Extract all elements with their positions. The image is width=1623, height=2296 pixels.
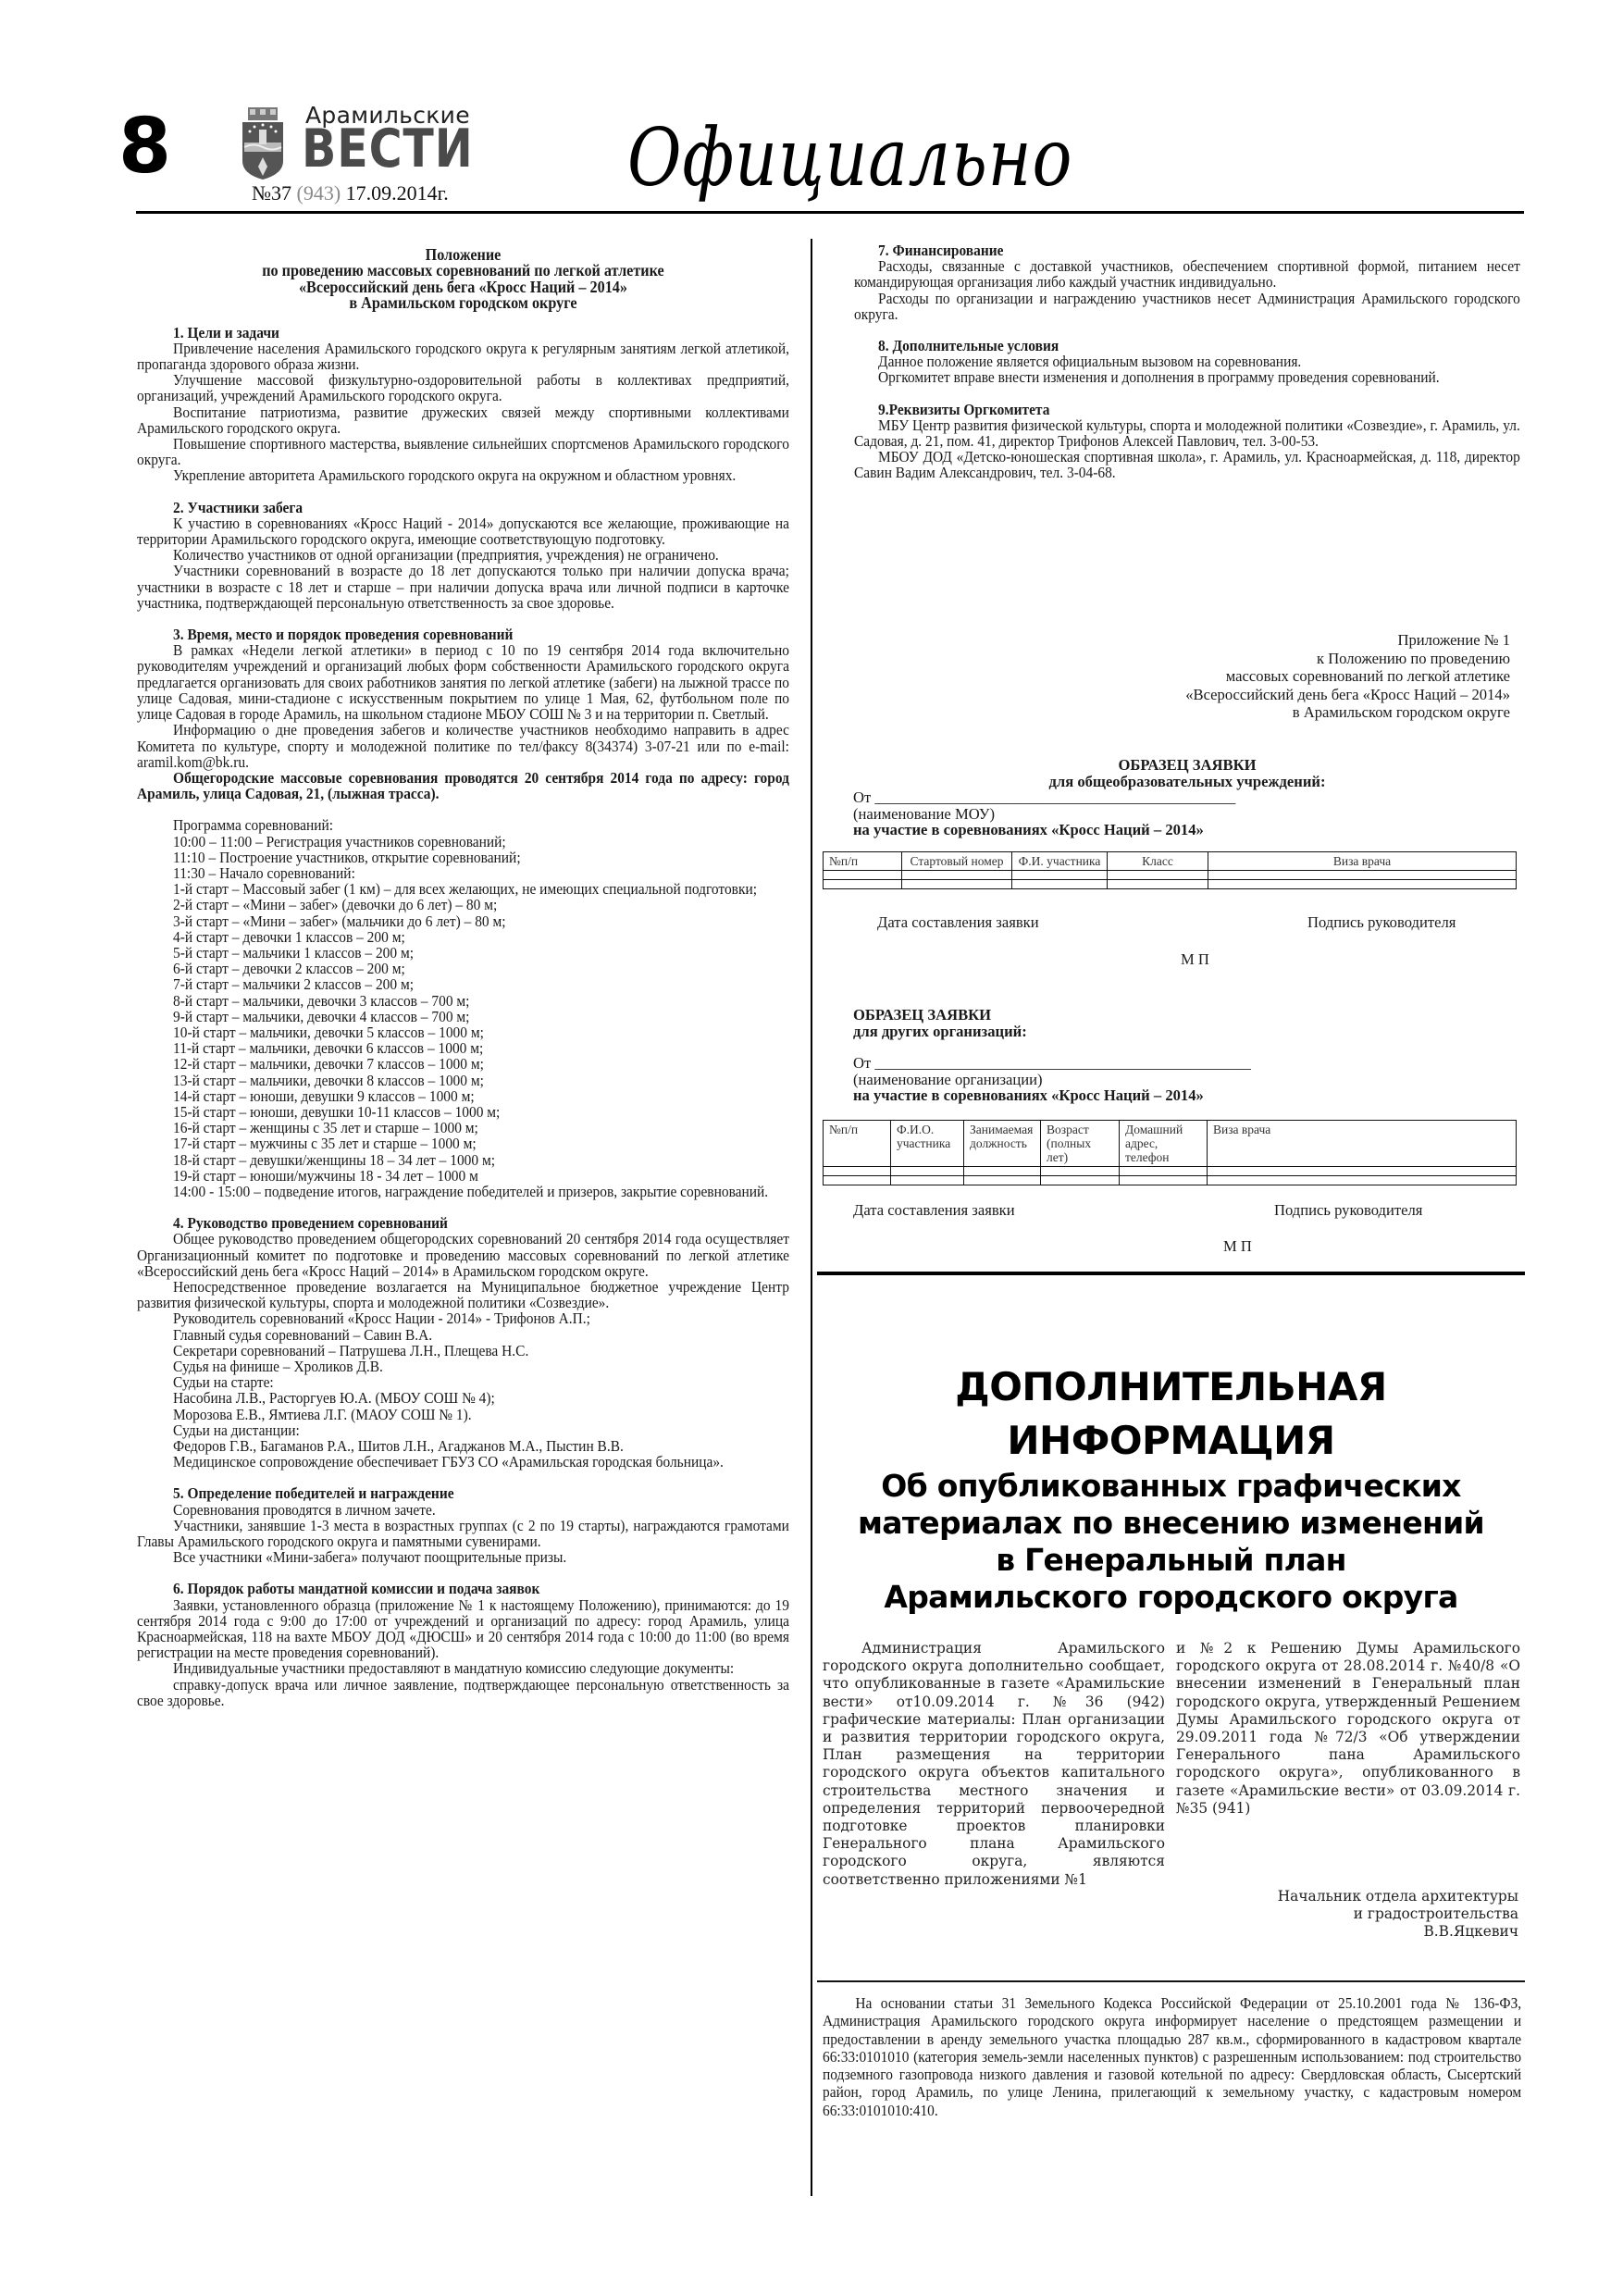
subheadline-line: в Генеральный план [817,1542,1525,1579]
issue-total-number: (943) [297,181,341,205]
application-table-schools: №п/п Стартовый номер Ф.И. участника Клас… [823,851,1517,889]
form-from-field: От _____________________________________… [853,1055,1521,1072]
application-table-organizations: №п/п Ф.И.О. участника Занимаемая должнос… [823,1120,1517,1185]
section-heading: 8. Дополнительные условия [854,338,1520,354]
paragraph: Общее руководство проведением общегородс… [137,1231,789,1279]
paragraph: Судьи на старте: [137,1374,789,1390]
paragraph: Расходы по организации и награждению уча… [854,291,1520,322]
program-item: 14-й старт – юноши, девушки 9 классов – … [137,1088,789,1104]
table-header-row: №п/п Ф.И.О. участника Занимаемая должнос… [824,1121,1517,1167]
signature-block: Начальник отдела архитектуры и градостро… [1176,1888,1518,1942]
program-item: 1-й старт – Массовый забег (1 км) – для … [137,881,789,897]
form-participation: на участие в соревнованиях «Кросс Наций … [853,822,1521,838]
section-applications: 6. Порядок работы мандатной комиссии и п… [137,1581,789,1708]
section-schedule: 3. Время, место и порядок проведения сор… [137,627,789,770]
paragraph: Привлечение населения Арамильского город… [137,341,789,372]
paragraph: Насобина Л.В., Расторгуев Ю.А. (МБОУ СОШ… [137,1390,789,1406]
paragraph: Участники соревнований в возрасте до 18 … [137,563,789,611]
program-list: 10:00 – 11:00 – Регистрация участников с… [137,834,789,1200]
program-item: 15-й старт – юноши, девушки 10-11 классо… [137,1104,789,1120]
page-number: 8 [118,109,169,185]
land-lease-notice: На основании статьи 31 Земельного Кодекс… [823,1994,1521,2119]
section-participants: 2. Участники забегаК участию в соревнова… [137,500,789,611]
program-item: 2-й старт – «Мини – забег» (девочки до 6… [137,897,789,912]
program-item: 7-й старт – мальчики 2 классов – 200 м; [137,976,789,992]
column-header: Домашний адрес, телефон [1120,1121,1208,1167]
program-item: 4-й старт – девочки 1 классов – 200 м; [137,929,789,945]
paragraph: Медицинское сопровождение обеспечивает Г… [137,1454,789,1470]
program-item: 13-й старт – мальчики, девочки 8 классов… [137,1073,789,1088]
program-item: 9-й старт – мальчики, девочки 4 классов … [137,1009,789,1024]
program-item: 18-й старт – девушки/женщины 18 – 34 лет… [137,1152,789,1168]
signature-line: и градостроительства [1176,1905,1518,1923]
program-item: 6-й старт – девочки 2 классов – 200 м; [137,961,789,976]
paragraph: Оргкомитет вправе внести изменения и доп… [854,369,1520,385]
application-form-organizations: ОБРАЗЕЦ ЗАЯВКИ для других организаций: О… [853,1007,1521,1104]
program-item: 5-й старт – мальчики 1 классов – 200 м; [137,945,789,961]
additional-info-text-col1: Администрация Арамильского городского ок… [823,1640,1165,1889]
program-item: 14:00 - 15:00 – подведение итогов, награ… [137,1184,789,1199]
program-item: 11-й старт – мальчики, девочки 6 классов… [137,1040,789,1056]
program-item: 10-й старт – мальчики, девочки 5 классов… [137,1024,789,1040]
signature-name: В.В.Яцкевич [1176,1923,1518,1941]
paragraph: Участники, занявшие 1-3 места в возрастн… [137,1518,789,1549]
section-heading: 2. Участники забега [137,500,789,515]
application-form-schools: ОБРАЗЕЦ ЗАЯВКИ для общеобразовательных у… [853,757,1521,838]
table-row [824,1167,1517,1176]
program-item: 12-й старт – мальчики, девочки 7 классов… [137,1056,789,1072]
table-header-row: №п/п Стартовый номер Ф.И. участника Клас… [824,852,1517,871]
signature-line: Начальник отдела архитектуры [1176,1888,1518,1905]
column-header: Ф.И. участника [1012,852,1108,871]
column-header: №п/п [824,852,902,871]
subheadline-line: Арамильского городского округа [817,1579,1525,1616]
main-event-notice: Общегородские массовые соревнования пров… [137,770,789,801]
appendix-line: «Всероссийский день бега «Кросс Наций – … [925,686,1510,704]
headline-line: ДОПОЛНИТЕЛЬНАЯ [817,1360,1525,1414]
paragraph: Заявки, установленного образца (приложен… [137,1597,789,1661]
paragraph: Морозова Е.В., Ямтиева Л.Г. (МАОУ СОШ № … [137,1407,789,1422]
program-item: 16-й старт – женщины с 35 лет и старше –… [137,1120,789,1136]
column-header: Возраст (полных лет) [1041,1121,1120,1167]
paragraph: Непосредственное проведение возлагается … [137,1279,789,1310]
column-header: №п/п [824,1121,891,1167]
paragraph: Информацию о дне проведения забегов и ко… [137,722,789,770]
coat-of-arms-icon [241,105,285,181]
section-heading: 4. Руководство проведением соревнований [137,1215,789,1231]
column-header: Занимаемая должность [964,1121,1041,1167]
newspaper-name-logo: ВЕСТИ [302,123,474,176]
paragraph: Секретари соревнований – Патрушева Л.Н.,… [137,1343,789,1359]
title-line: в Арамильском городском округе [137,295,789,311]
issue-number: №37 [252,181,291,205]
regulation-article-continued: 7. ФинансированиеРасходы, связанные с до… [854,242,1520,481]
paragraph: Расходы, связанные с доставкой участнико… [854,258,1520,290]
program-title: Программа соревнований: [137,817,789,833]
section-divider [817,1272,1525,1275]
section-heading: 5. Определение победителей и награждение [137,1485,789,1501]
masthead-rule [136,211,1524,214]
paragraph: Судья на финише – Хроликов Д.В. [137,1359,789,1374]
program-item: 3-й старт – «Мини – забег» (мальчики до … [137,913,789,929]
form-subtitle: для других организаций: [853,1024,1521,1040]
appendix-line: Приложение № 1 [925,631,1510,650]
additional-info-text-col2: и №2 к Решению Думы Арамильского городск… [1176,1640,1520,1818]
table-row [824,871,1517,880]
form-title: ОБРАЗЕЦ ЗАЯВКИ [853,757,1521,774]
section-awards: 5. Определение победителей и награждение… [137,1485,789,1565]
program-item: 19-й старт – юноши/мужчины 18 - 34 лет –… [137,1168,789,1184]
signature-label: Подпись руководителя [1274,1201,1422,1220]
date-label: Дата составления заявки [853,1201,1015,1220]
section-goals: 1. Цели и задачиПривлечение населения Ар… [137,325,789,484]
section-heading: 1. Цели и задачи [137,325,789,341]
section-heading: 3. Время, место и порядок проведения сор… [137,627,789,642]
paragraph: справку-допуск врача или личное заявлени… [137,1677,789,1708]
form-from-caption: (наименование организации) [853,1072,1521,1088]
form-title: ОБРАЗЕЦ ЗАЯВКИ [853,1007,1521,1024]
paragraph: Судьи на дистанции: [137,1422,789,1438]
paragraph: К участию в соревнованиях «Кросс Наций -… [137,515,789,547]
paragraph: Соревнования проводятся в личном зачете. [137,1502,789,1518]
section-committee-details: 9.Реквизиты ОргкомитетаМБУ Центр развити… [854,402,1520,481]
paragraph: Индивидуальные участники предоставляют в… [137,1660,789,1676]
date-label: Дата составления заявки [877,913,1039,932]
paragraph: Данное положение является официальным вы… [854,354,1520,369]
paragraph: На основании статьи 31 Земельного Кодекс… [823,1994,1521,2119]
paragraph: Администрация Арамильского городского ок… [823,1640,1165,1889]
program-item: 11:10 – Построение участников, открытие … [137,850,789,865]
column-divider [811,239,812,2196]
paragraph: Укрепление авторитета Арамильского город… [137,467,789,483]
section-financing: 7. ФинансированиеРасходы, связанные с до… [854,242,1520,322]
paragraph: Улучшение массовой физкультурно-оздорови… [137,372,789,403]
paragraph: Воспитание патриотизма, развитие дружеск… [137,404,789,436]
appendix-line: массовых соревнований по легкой атлетике [925,667,1510,686]
appendix-line: к Положению по проведению [925,650,1510,668]
section-title: Официально [627,118,1072,198]
subheadline-line: материалах по внесению изменений [817,1505,1525,1542]
column-header: Стартовый номер [902,852,1012,871]
paragraph: Все участники «Мини-забега» получают поо… [137,1549,789,1565]
stamp-label: М П [1223,1237,1252,1256]
program-item: 10:00 – 11:00 – Регистрация участников с… [137,834,789,850]
table-row [824,1176,1517,1185]
column-header: Виза врача [1208,852,1517,871]
paragraph: Главный судья соревнований – Савин В.А. [137,1327,789,1343]
subheadline-line: Об опубликованных графических [817,1468,1525,1505]
regulation-article: Положение по проведению массовых соревно… [137,247,789,1708]
form-from-field: От _____________________________________… [853,789,1521,806]
signature-label: Подпись руководителя [1307,913,1456,932]
notice-divider [817,1980,1525,1982]
paragraph: МБОУ ДОД «Детско-юношеская спортивная шк… [854,449,1520,480]
program-item: 11:30 – Начало соревнований: [137,865,789,881]
program-item: 8-й старт – мальчики, девочки 3 классов … [137,993,789,1009]
issue-date: 17.09.2014г. [346,181,449,205]
paragraph: Повышение спортивного мастерства, выявле… [137,436,789,467]
stamp-label: М П [1181,950,1209,969]
column-header: Класс [1108,852,1208,871]
regulation-title: Положение по проведению массовых соревно… [137,247,789,312]
program-item: 17-й старт – мужчины с 35 лет и старше –… [137,1136,789,1151]
appendix-reference: Приложение № 1 к Положению по проведению… [925,631,1510,722]
column-header: Ф.И.О. участника [891,1121,964,1167]
paragraph: и №2 к Решению Думы Арамильского городск… [1176,1640,1520,1818]
section-management: 4. Руководство проведением соревнованийО… [137,1215,789,1470]
paragraph: Федоров Г.В., Багаманов Р.А., Шитов Л.Н.… [137,1438,789,1454]
form-participation: на участие в соревнованиях «Кросс Наций … [853,1087,1521,1104]
section-heading: 7. Финансирование [854,242,1520,258]
section-additional-terms: 8. Дополнительные условияДанное положени… [854,338,1520,386]
paragraph: Руководитель соревнований «Кросс Нации -… [137,1310,789,1326]
form-from-caption: (наименование МОУ) [853,806,1521,823]
table-row [824,880,1517,889]
section-heading: 6. Порядок работы мандатной комиссии и п… [137,1581,789,1596]
paragraph: В рамках «Недели легкой атлетики» в пери… [137,642,789,722]
issue-info: №37 (943) 17.09.2014г. [252,183,449,204]
paragraph: Количество участников от одной организац… [137,547,789,563]
paragraph: МБУ Центр развития физической культуры, … [854,417,1520,449]
additional-info-headline: ДОПОЛНИТЕЛЬНАЯ ИНФОРМАЦИЯ Об опубликован… [817,1360,1525,1616]
form-subtitle: для общеобразовательных учреждений: [853,774,1521,790]
headline-line: ИНФОРМАЦИЯ [817,1414,1525,1468]
appendix-line: в Арамильском городском округе [925,703,1510,722]
section-heading: 9.Реквизиты Оргкомитета [854,402,1520,417]
column-header: Виза врача [1208,1121,1517,1167]
